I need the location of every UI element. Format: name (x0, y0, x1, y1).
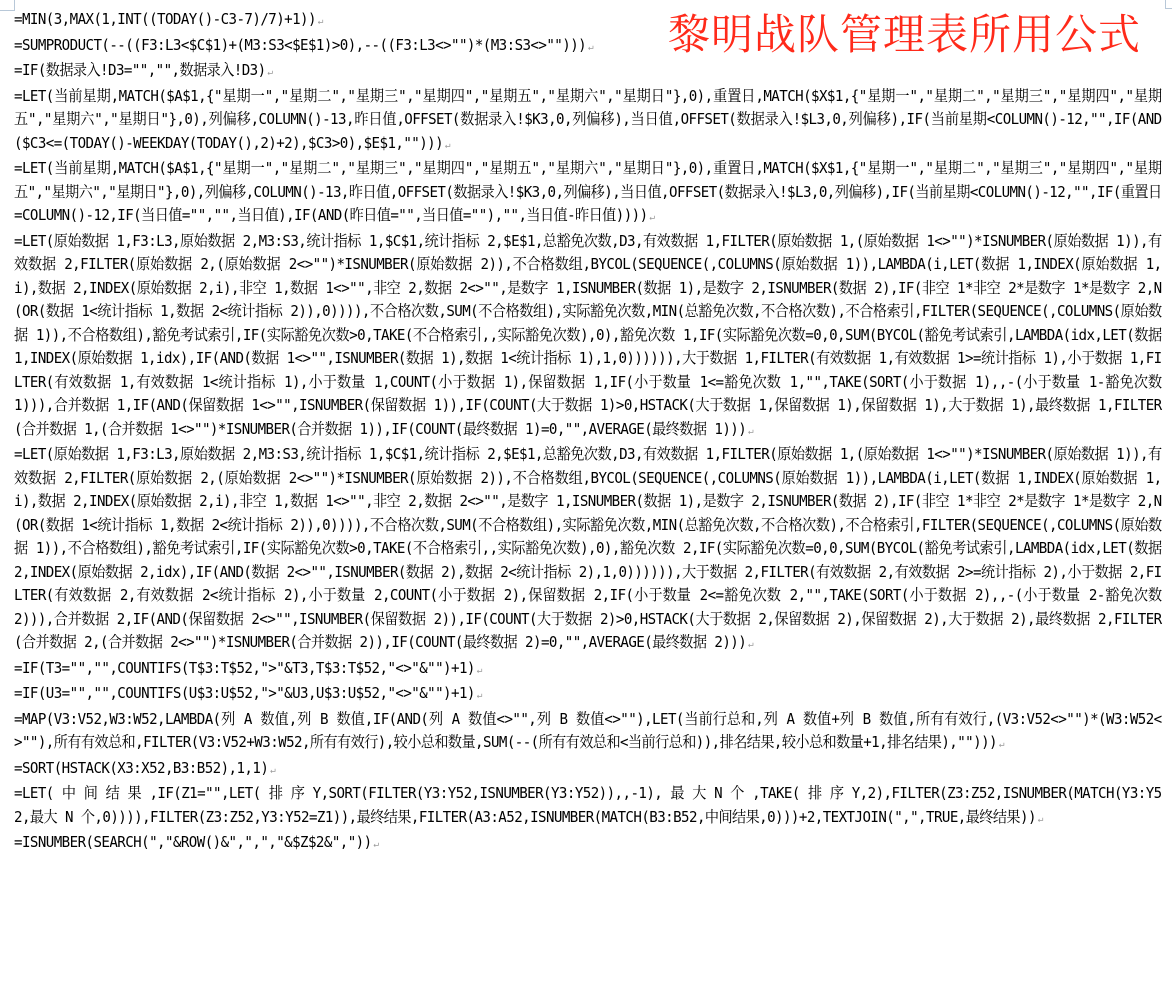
formula-paragraph-8[interactable]: =IF(T3="","",COUNTIFS(T$3:T$52,">"&T3,T$… (14, 657, 1162, 683)
paragraph-mark-icon: ↵ (267, 67, 272, 78)
formula-text: =SUMPRODUCT(--((F3:L3<$C$1)+(M3:S3<$E$1)… (14, 36, 586, 54)
formula-text: =MIN(3,MAX(1,INT((TODAY()-C3-7)/7)+1)) (14, 10, 316, 28)
formula-paragraph-12[interactable]: =LET( 中 间 结 果 ,IF(Z1="",LET( 排 序 Y,SORT(… (14, 782, 1162, 831)
page-corner-mark-top-right (1165, 0, 1172, 9)
formula-text: =LET(原始数据 1,F3:L3,原始数据 2,M3:S3,统计指标 1,$C… (14, 232, 1162, 438)
formula-text: =LET(原始数据 1,F3:L3,原始数据 2,M3:S3,统计指标 1,$C… (14, 445, 1162, 651)
formula-paragraph-11[interactable]: =SORT(HSTACK(X3:X52,B3:B52),1,1)↵ (14, 757, 1162, 783)
formula-paragraph-13[interactable]: =ISNUMBER(SEARCH(","&ROW()&",",","&$Z$2&… (14, 831, 1162, 857)
paragraph-mark-icon: ↵ (588, 42, 593, 53)
paragraph-mark-icon: ↵ (477, 690, 482, 701)
formula-text: =SORT(HSTACK(X3:X52,B3:B52),1,1) (14, 759, 268, 777)
paragraph-mark-icon: ↵ (477, 665, 482, 676)
formula-text: =LET(当前星期,MATCH($A$1,{"星期一","星期二","星期三",… (14, 87, 1162, 152)
formula-paragraph-4[interactable]: =LET(当前星期,MATCH($A$1,{"星期一","星期二","星期三",… (14, 85, 1162, 158)
paragraph-mark-icon: ↵ (1038, 814, 1043, 825)
paragraph-mark-icon: ↵ (270, 765, 275, 776)
formula-paragraph-1[interactable]: =MIN(3,MAX(1,INT((TODAY()-C3-7)/7)+1))↵ (14, 8, 1162, 34)
formula-paragraph-6[interactable]: =LET(原始数据 1,F3:L3,原始数据 2,M3:S3,统计指标 1,$C… (14, 230, 1162, 444)
formula-paragraph-9[interactable]: =IF(U3="","",COUNTIFS(U$3:U$52,">"&U3,U$… (14, 682, 1162, 708)
formula-text: =IF(数据录入!D3="","",数据录入!D3) (14, 61, 266, 79)
formula-text: =IF(T3="","",COUNTIFS(T$3:T$52,">"&T3,T$… (14, 659, 475, 677)
formula-paragraph-3[interactable]: =IF(数据录入!D3="","",数据录入!D3)↵ (14, 59, 1162, 85)
formula-text: =IF(U3="","",COUNTIFS(U$3:U$52,">"&U3,U$… (14, 684, 475, 702)
document-body[interactable]: =MIN(3,MAX(1,INT((TODAY()-C3-7)/7)+1))↵ … (14, 8, 1162, 857)
formula-paragraph-2[interactable]: =SUMPRODUCT(--((F3:L3<$C$1)+(M3:S3<$E$1)… (14, 34, 1162, 60)
formula-text: =MAP(V3:V52,W3:W52,LAMBDA(列 A 数值,列 B 数值,… (14, 710, 1162, 752)
paragraph-mark-icon: ↵ (649, 212, 654, 223)
formula-paragraph-7[interactable]: =LET(原始数据 1,F3:L3,原始数据 2,M3:S3,统计指标 1,$C… (14, 443, 1162, 657)
formula-text: =LET(当前星期,MATCH($A$1,{"星期一","星期二","星期三",… (14, 159, 1162, 224)
paragraph-mark-icon: ↵ (748, 426, 753, 437)
formula-paragraph-10[interactable]: =MAP(V3:V52,W3:W52,LAMBDA(列 A 数值,列 B 数值,… (14, 708, 1162, 757)
formula-text: =LET( 中 间 结 果 ,IF(Z1="",LET( 排 序 Y,SORT(… (14, 784, 1162, 826)
formula-paragraph-5[interactable]: =LET(当前星期,MATCH($A$1,{"星期一","星期二","星期三",… (14, 157, 1162, 230)
paragraph-mark-icon: ↵ (318, 16, 323, 27)
paragraph-mark-icon: ↵ (445, 140, 450, 151)
paragraph-mark-icon: ↵ (748, 639, 753, 650)
paragraph-mark-icon: ↵ (373, 839, 378, 850)
formula-text: =ISNUMBER(SEARCH(","&ROW()&",",","&$Z$2&… (14, 833, 372, 851)
page-corner-mark-top-left (0, 0, 15, 11)
paragraph-mark-icon: ↵ (999, 739, 1004, 750)
